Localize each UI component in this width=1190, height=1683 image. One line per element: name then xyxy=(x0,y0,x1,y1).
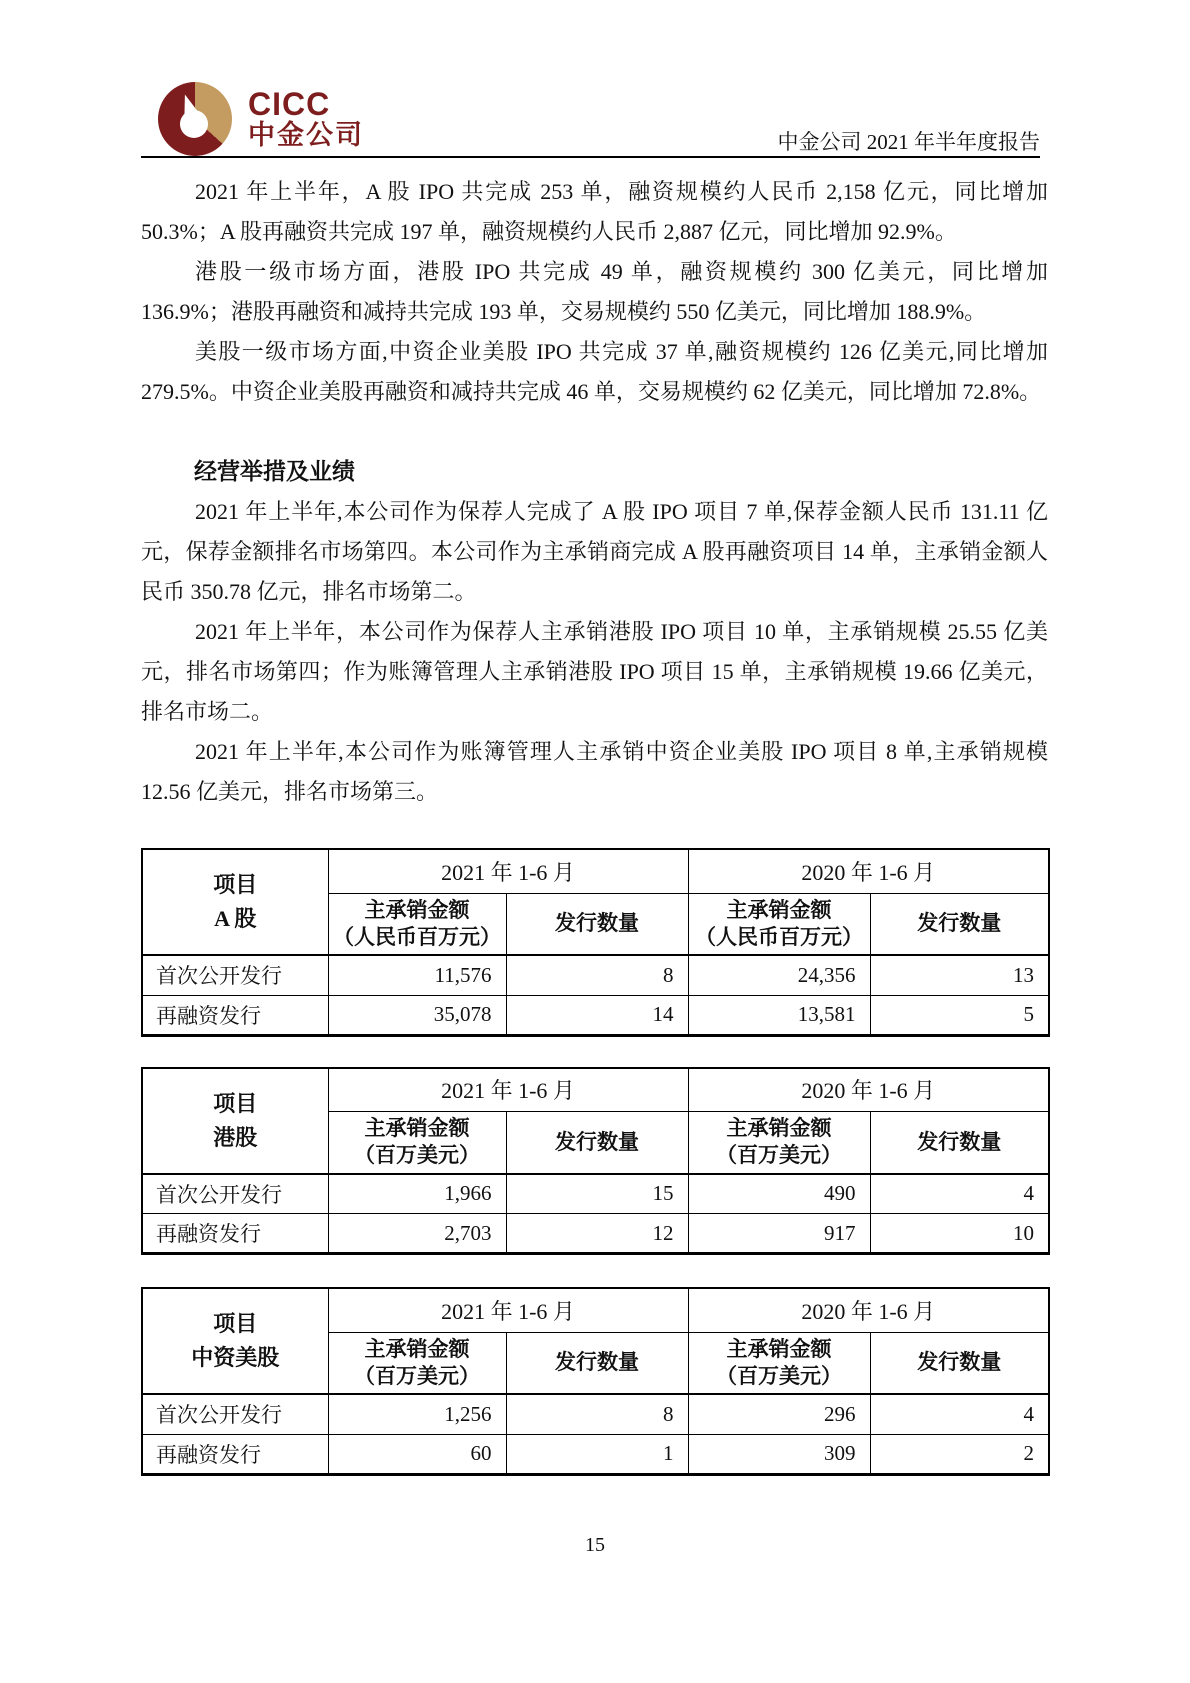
amount-2020: 24,356 xyxy=(688,955,870,995)
amount-header: 主承销金额 xyxy=(329,897,506,924)
table-row: 首次公开发行 1,966 15 490 4 xyxy=(142,1174,1049,1214)
amount-2021: 1,256 xyxy=(328,1394,506,1434)
amount-2020: 296 xyxy=(688,1394,870,1434)
amount-header: 主承销金额 xyxy=(329,1115,506,1142)
table-a-share: 项目 A 股 2021 年 1-6 月 2020 年 1-6 月 主承销金额 （… xyxy=(141,848,1050,1037)
table-row: 项目 中资美股 2021 年 1-6 月 2020 年 1-6 月 xyxy=(142,1288,1049,1332)
row-label: 再融资发行 xyxy=(142,1434,328,1474)
period-2020-header: 2020 年 1-6 月 xyxy=(688,849,1049,893)
count-2020: 2 xyxy=(870,1434,1049,1474)
category-label: 项目 xyxy=(143,868,328,902)
count-2021: 1 xyxy=(506,1434,688,1474)
period-2020-header: 2020 年 1-6 月 xyxy=(688,1068,1049,1112)
amount-2021: 35,078 xyxy=(328,995,506,1035)
amount-2020: 917 xyxy=(688,1214,870,1254)
category-label: 项目 xyxy=(143,1307,328,1341)
amount-2021: 1,966 xyxy=(328,1174,506,1214)
document-body: 2021 年上半年，A 股 IPO 共完成 253 单，融资规模约人民币 2,1… xyxy=(141,172,1048,1476)
count-header-cell: 发行数量 xyxy=(506,893,688,955)
paragraph-us-performance: 2021 年上半年,本公司作为账簿管理人主承销中资企业美股 IPO 项目 8 单… xyxy=(141,732,1048,812)
row-label: 首次公开发行 xyxy=(142,1394,328,1434)
paragraph-a-share-performance: 2021 年上半年,本公司作为保荐人完成了 A 股 IPO 项目 7 单,保荐金… xyxy=(141,492,1048,612)
table-hk-share: 项目 港股 2021 年 1-6 月 2020 年 1-6 月 主承销金额 （百… xyxy=(141,1067,1050,1256)
category-name: A 股 xyxy=(143,902,328,936)
category-cell: 项目 港股 xyxy=(142,1068,328,1174)
count-2021: 12 xyxy=(506,1214,688,1254)
page-number: 15 xyxy=(0,1534,1190,1557)
period-2020-header: 2020 年 1-6 月 xyxy=(688,1288,1049,1332)
row-label: 再融资发行 xyxy=(142,995,328,1035)
amount-2021: 11,576 xyxy=(328,955,506,995)
count-2021: 8 xyxy=(506,1394,688,1434)
coin-hole-shape xyxy=(180,110,208,138)
amount-2020: 13,581 xyxy=(688,995,870,1035)
amount-unit: （人民币百万元） xyxy=(689,924,870,951)
count-2021: 8 xyxy=(506,955,688,995)
header-divider xyxy=(141,156,1040,158)
page-header-title: 中金公司 2021 年半年度报告 xyxy=(778,126,1041,156)
count-header-cell: 发行数量 xyxy=(870,1332,1049,1394)
amount-header: 主承销金额 xyxy=(689,897,870,924)
table-row: 再融资发行 2,703 12 917 10 xyxy=(142,1214,1049,1254)
paragraph-hk-performance: 2021 年上半年，本公司作为保荐人主承销港股 IPO 项目 10 单，主承销规… xyxy=(141,612,1048,732)
category-name: 港股 xyxy=(143,1121,328,1155)
amount-header-cell: 主承销金额 （百万美元） xyxy=(328,1112,506,1174)
section-heading: 经营举措及业绩 xyxy=(141,452,1048,492)
amount-2020: 309 xyxy=(688,1434,870,1474)
table-row: 再融资发行 35,078 14 13,581 5 xyxy=(142,995,1049,1035)
category-cell: 项目 中资美股 xyxy=(142,1288,328,1394)
cicc-logo: CICC 中金公司 xyxy=(158,82,364,156)
count-2020: 10 xyxy=(870,1214,1049,1254)
amount-header-cell: 主承销金额 （人民币百万元） xyxy=(328,893,506,955)
period-2021-header: 2021 年 1-6 月 xyxy=(328,849,688,893)
count-2020: 4 xyxy=(870,1394,1049,1434)
period-2021-header: 2021 年 1-6 月 xyxy=(328,1068,688,1112)
table-row: 项目 A 股 2021 年 1-6 月 2020 年 1-6 月 xyxy=(142,849,1049,893)
category-label: 项目 xyxy=(143,1087,328,1121)
amount-2021: 2,703 xyxy=(328,1214,506,1254)
count-2020: 5 xyxy=(870,995,1049,1035)
paragraph-hk-market: 港股一级市场方面，港股 IPO 共完成 49 单，融资规模约 300 亿美元，同… xyxy=(141,252,1048,332)
amount-2020: 490 xyxy=(688,1174,870,1214)
table-row: 首次公开发行 11,576 8 24,356 13 xyxy=(142,955,1049,995)
count-header-cell: 发行数量 xyxy=(870,1112,1049,1174)
period-2021-header: 2021 年 1-6 月 xyxy=(328,1288,688,1332)
row-label: 首次公开发行 xyxy=(142,955,328,995)
amount-header-cell: 主承销金额 （百万美元） xyxy=(328,1332,506,1394)
category-name: 中资美股 xyxy=(143,1341,328,1375)
table-row: 首次公开发行 1,256 8 296 4 xyxy=(142,1394,1049,1434)
table-row: 再融资发行 60 1 309 2 xyxy=(142,1434,1049,1474)
paragraph-us-market: 美股一级市场方面,中资企业美股 IPO 共完成 37 单,融资规模约 126 亿… xyxy=(141,332,1048,412)
count-2021: 14 xyxy=(506,995,688,1035)
cicc-coin-icon xyxy=(158,82,232,156)
amount-header: 主承销金额 xyxy=(329,1336,506,1363)
count-header-cell: 发行数量 xyxy=(506,1332,688,1394)
amount-header-cell: 主承销金额 （百万美元） xyxy=(688,1112,870,1174)
table-us-share: 项目 中资美股 2021 年 1-6 月 2020 年 1-6 月 主承销金额 … xyxy=(141,1287,1050,1476)
report-page: CICC 中金公司 中金公司 2021 年半年度报告 2021 年上半年，A 股… xyxy=(0,0,1190,1683)
amount-header: 主承销金额 xyxy=(689,1115,870,1142)
table-row: 项目 港股 2021 年 1-6 月 2020 年 1-6 月 xyxy=(142,1068,1049,1112)
amount-unit: （百万美元） xyxy=(689,1363,870,1390)
amount-header-cell: 主承销金额 （百万美元） xyxy=(688,1332,870,1394)
amount-unit: （人民币百万元） xyxy=(329,924,506,951)
amount-unit: （百万美元） xyxy=(689,1142,870,1169)
amount-unit: （百万美元） xyxy=(329,1142,506,1169)
logo-chinese: 中金公司 xyxy=(248,120,364,151)
row-label: 首次公开发行 xyxy=(142,1174,328,1214)
amount-header-cell: 主承销金额 （人民币百万元） xyxy=(688,893,870,955)
amount-2021: 60 xyxy=(328,1434,506,1474)
row-label: 再融资发行 xyxy=(142,1214,328,1254)
count-2020: 13 xyxy=(870,955,1049,995)
count-2021: 15 xyxy=(506,1174,688,1214)
amount-header: 主承销金额 xyxy=(689,1336,870,1363)
amount-unit: （百万美元） xyxy=(329,1363,506,1390)
count-2020: 4 xyxy=(870,1174,1049,1214)
paragraph-a-share-market: 2021 年上半年，A 股 IPO 共完成 253 单，融资规模约人民币 2,1… xyxy=(141,172,1048,252)
count-header-cell: 发行数量 xyxy=(506,1112,688,1174)
logo-text: CICC 中金公司 xyxy=(248,88,364,151)
count-header-cell: 发行数量 xyxy=(870,893,1049,955)
logo-latin: CICC xyxy=(248,88,364,120)
category-cell: 项目 A 股 xyxy=(142,849,328,955)
